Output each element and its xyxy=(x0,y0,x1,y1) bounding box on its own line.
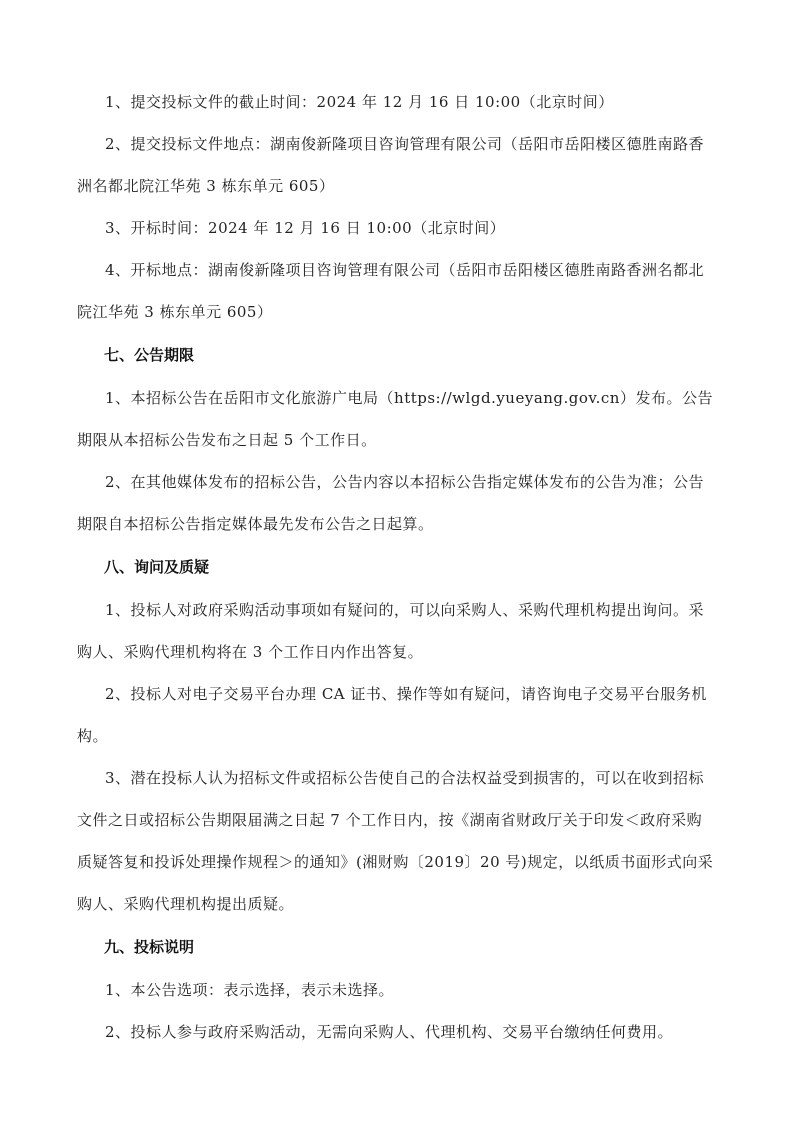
paragraph-line: 1、本公告选项：表示选择，表示未选择。 xyxy=(77,969,722,1011)
document-page: 1、提交投标文件的截止时间：2024 年 12 月 16 日 10:00（北京时… xyxy=(0,0,793,1122)
paragraph-line: 2、在其他媒体发布的招标公告，公告内容以本招标公告指定媒体发布的公告为准；公告 xyxy=(77,461,722,503)
bidding-instructions-section: 九、投标说明 1、本公告选项：表示选择，表示未选择。 2、投标人参与政府采购活动… xyxy=(77,925,722,1053)
document-body: 1、提交投标文件的截止时间：2024 年 12 月 16 日 10:00（北京时… xyxy=(77,81,722,1053)
inquiry-challenge-section: 八、询问及质疑 1、投标人对政府采购活动事项如有疑问的，可以向采购人、采购代理机… xyxy=(77,545,722,925)
paragraph-line: 文件之日或招标公告期限届满之日起 7 个工作日内，按《湖南省财政厅关于印发＜政府… xyxy=(77,799,722,841)
paragraph-line: 期限从本招标公告发布之日起 5 个工作日。 xyxy=(77,419,722,461)
paragraph-line: 购人、采购代理机构提出质疑。 xyxy=(77,883,722,925)
paragraph-line: 3、潜在投标人认为招标文件或招标公告使自己的合法权益受到损害的，可以在收到招标 xyxy=(77,757,722,799)
paragraph-line: 2、提交投标文件地点：湖南俊新隆项目咨询管理有限公司（岳阳市岳阳楼区德胜南路香 xyxy=(77,123,722,165)
announcement-period-section: 七、公告期限 1、本招标公告在岳阳市文化旅游广电局（https://wlgd.y… xyxy=(77,333,722,545)
paragraph-line: 4、开标地点：湖南俊新隆项目咨询管理有限公司（岳阳市岳阳楼区德胜南路香洲名都北 xyxy=(77,249,722,291)
paragraph-line: 2、投标人参与政府采购活动，无需向采购人、代理机构、交易平台缴纳任何费用。 xyxy=(77,1011,722,1053)
section-heading: 八、询问及质疑 xyxy=(77,545,722,589)
paragraph-line: 洲名都北院江华苑 3 栋东单元 605） xyxy=(77,165,722,207)
paragraph-line: 1、提交投标文件的截止时间：2024 年 12 月 16 日 10:00（北京时… xyxy=(77,81,722,123)
section-heading: 七、公告期限 xyxy=(77,333,722,377)
paragraph-line: 购人、采购代理机构将在 3 个工作日内作出答复。 xyxy=(77,631,722,673)
paragraph-line: 1、本招标公告在岳阳市文化旅游广电局（https://wlgd.yueyang.… xyxy=(77,377,722,419)
paragraph-line: 2、投标人对电子交易平台办理 CA 证书、操作等如有疑问，请咨询电子交易平台服务… xyxy=(77,673,722,715)
paragraph-line: 3、开标时间：2024 年 12 月 16 日 10:00（北京时间） xyxy=(77,207,722,249)
paragraph-line: 院江华苑 3 栋东单元 605） xyxy=(77,291,722,333)
paragraph-line: 质疑答复和投诉处理操作规程＞的通知》(湘财购〔2019〕20 号)规定，以纸质书… xyxy=(77,841,722,883)
submission-info-section: 1、提交投标文件的截止时间：2024 年 12 月 16 日 10:00（北京时… xyxy=(77,81,722,333)
paragraph-line: 期限自本招标公告指定媒体最先发布公告之日起算。 xyxy=(77,503,722,545)
paragraph-line: 1、投标人对政府采购活动事项如有疑问的，可以向采购人、采购代理机构提出询问。采 xyxy=(77,589,722,631)
paragraph-line: 构。 xyxy=(77,715,722,757)
section-heading: 九、投标说明 xyxy=(77,925,722,969)
